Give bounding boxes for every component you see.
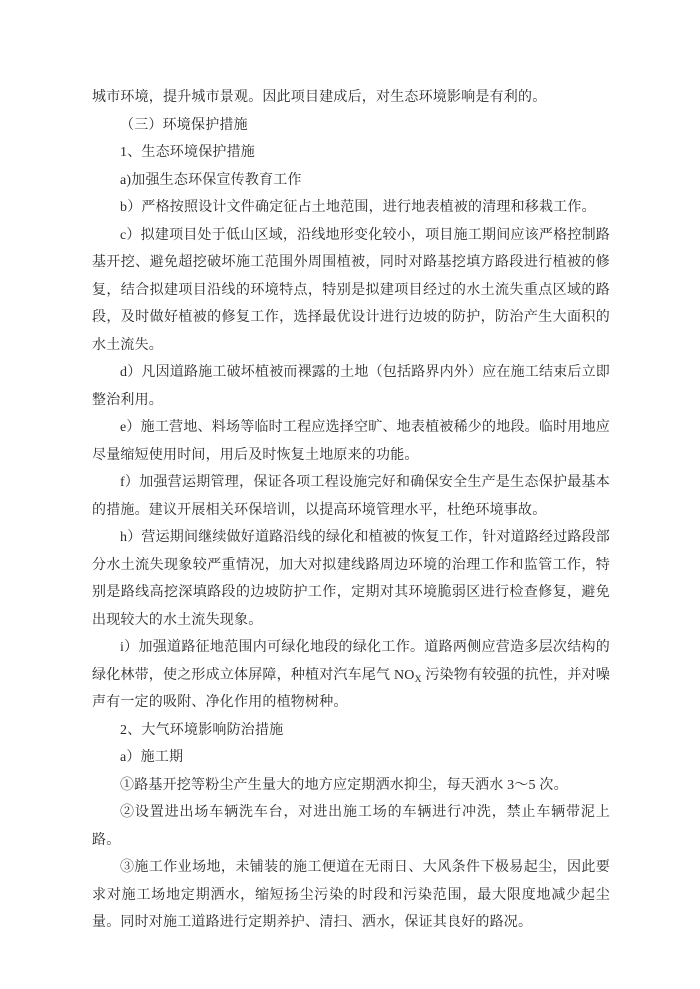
paragraph-circle-1: ①路基开挖等粉尘产生量大的地方应定期洒水抑尘，每天洒水 3～5 次。 (92, 772, 610, 800)
paragraph-item-f: f）加强营运期管理，保证各项工程设施完好和确保安全生产是生态保护最基本的措施。建… (92, 469, 610, 524)
paragraph-circle-2: ②设置进出场车辆洗车台，对进出施工场的车辆进行冲洗，禁止车辆带泥上路。 (92, 799, 610, 854)
heading-1-eco-protection-measures: 1、生态环境保护措施 (92, 139, 610, 167)
paragraph-item-i: i）加强道路征地范围内可绿化地段的绿化工作。道路两侧应营造多层次结构的绿化林带，… (92, 634, 610, 717)
paragraph-item-h: h）营运期间继续做好道路沿线的绿化和植被的恢复工作，针对道路经过路段部分水土流失… (92, 524, 610, 634)
paragraph-item-b: b）严格按照设计文件确定征占土地范围，进行地表植被的清理和移栽工作。 (92, 194, 610, 222)
paragraph-intro-continued: 城市环境，提升城市景观。因此项目建成后，对生态环境影响是有利的。 (92, 84, 610, 112)
heading-2-air-quality-measures: 2、大气环境影响防治措施 (92, 717, 610, 745)
paragraph-item-a: a)加强生态环保宣传教育工作 (92, 167, 610, 195)
paragraph-circle-3: ③施工作业场地，未铺装的施工便道在无雨日、大风条件下极易起尘，因此要求对施工场地… (92, 854, 610, 937)
paragraph-item-a-construction-period: a）施工期 (92, 744, 610, 772)
paragraph-item-c: c）拟建项目处于低山区域，沿线地形变化较小，项目施工期间应该严格控制路基开挖、避… (92, 222, 610, 360)
document-page: 城市环境，提升城市景观。因此项目建成后，对生态环境影响是有利的。 （三）环境保护… (0, 0, 700, 989)
heading-section-3-environment-protection: （三）环境保护措施 (92, 112, 610, 140)
paragraph-item-d: d）凡因道路施工破坏植被而裸露的土地（包括路界内外）应在施工结束后立即整治利用。 (92, 359, 610, 414)
paragraph-item-e: e）施工营地、料场等临时工程应选择空旷、地表植被稀少的地段。临时用地应尽量缩短使… (92, 414, 610, 469)
nox-subscript: X (415, 675, 422, 685)
